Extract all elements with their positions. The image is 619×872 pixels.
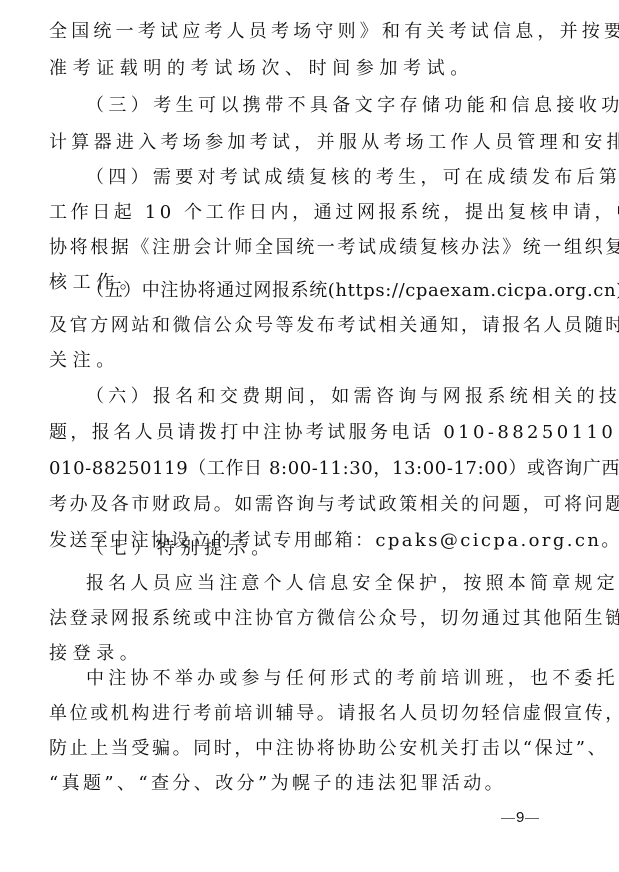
text-line: 报名人员应当注意个人信息安全保护，按照本简章规定的办 (86, 569, 606, 599)
text-line: 计算器进入考场参加考试，并服从考场工作人员管理和安排。 (49, 128, 569, 158)
text-line: （五）中注协将通过网报系统(https://cpaexam.cicpa.org.… (86, 276, 606, 306)
text-line: 工作日起 10 个工作日内，通过网报系统，提出复核申请，中注 (49, 198, 569, 228)
text-line: 全国统一考试应考人员考场守则》和有关考试信息，并按要求和 (49, 17, 569, 47)
text-line: （六）报名和交费期间，如需咨询与网报系统相关的技术问 (86, 382, 606, 412)
document-page: 全国统一考试应考人员考场守则》和有关考试信息，并按要求和 准考证载明的考试场次、… (0, 0, 619, 872)
page-number-value: 9 (516, 806, 524, 830)
text-line: （三）考生可以携带不具备文字存储功能和信息接收功能的 (86, 91, 606, 121)
text-line: 考办及各市财政局。如需咨询与考试政策相关的问题，可将问题 (49, 490, 569, 520)
text-line: “真题”、“查分、改分”为幌子的违法犯罪活动。 (49, 769, 569, 799)
text-line: （七）特别提示。 (86, 534, 606, 564)
dash-decoration (501, 818, 515, 819)
text-line: （四）需要对考试成绩复核的考生，可在成绩发布后第 5 个 (86, 163, 606, 193)
text-line: 中注协不举办或参与任何形式的考前培训班，也不委托任何 (86, 664, 606, 694)
page-number: 9 (500, 806, 540, 830)
dash-decoration (525, 818, 539, 819)
text-line: 防止上当受骗。同时，中注协将协助公安机关打击以“保过”、 (49, 734, 569, 764)
text-line: 准考证载明的考试场次、时间参加考试。 (49, 54, 569, 84)
text-line: 法登录网报系统或中注协官方微信公众号，切勿通过其他陌生链 (49, 604, 569, 634)
text-line: 题，报名人员请拨打中注协考试服务电话 010-88250110 和 (49, 418, 569, 448)
text-line: 单位或机构进行考前培训辅导。请报名人员切勿轻信虚假宣传， (49, 699, 569, 729)
text-line: 010-88250119（工作日 8:00-11:30，13:00-17:00）… (49, 454, 569, 484)
text-line: 及官方网站和微信公众号等发布考试相关通知，请报名人员随时 (49, 311, 569, 341)
text-line: 协将根据《注册会计师全国统一考试成绩复核办法》统一组织复 (49, 233, 569, 263)
text-line: 关注。 (49, 346, 569, 376)
